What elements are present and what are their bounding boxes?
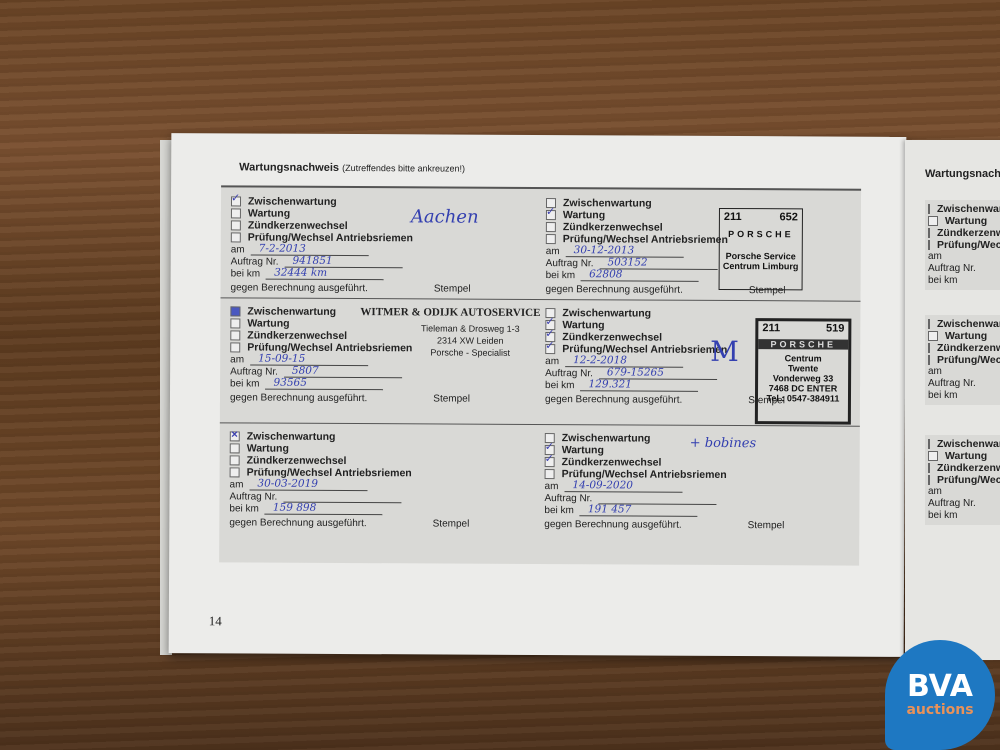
dealer-stamp-twente: 211519 PORSCHE Centrum Twente Vonderweg … (755, 318, 852, 425)
field-km: bei km62808 (546, 269, 856, 283)
checkbox-icon[interactable] (230, 318, 240, 328)
facing-page-title: Wartungsnachweis (925, 168, 1000, 180)
field-km: bei km191 457 (544, 504, 854, 518)
facing-page-entry: ZwischenwartungWartungZündkerzenwechselP… (925, 435, 1000, 525)
facing-page-entry: ZwischenwartungWartungZündkerzenwechselP… (925, 200, 1000, 290)
checkbox-icon[interactable] (928, 319, 930, 329)
dealer-stamp-limburg: 211652 PORSCHE Porsche Service Centrum L… (719, 208, 803, 290)
checkbox-icon[interactable] (230, 330, 240, 340)
field-am: am14-09-2020 (544, 480, 854, 494)
checkbox-icon[interactable] (230, 455, 240, 465)
checkbox-icon[interactable] (231, 208, 241, 218)
bva-auctions-logo: BVA auctions (885, 640, 995, 750)
field-km: bei km93565 (230, 377, 540, 391)
checkbox-icon[interactable] (545, 469, 555, 479)
facing-page-entry: ZwischenwartungWartungZündkerzenwechselP… (925, 315, 1000, 405)
checked-box-icon[interactable] (231, 196, 241, 206)
page-title: Wartungsnachweis (Zutreffendes bitte ank… (239, 161, 465, 174)
checkbox-icon[interactable] (928, 475, 930, 485)
field-am: am30-03-2019 (229, 478, 539, 492)
checked-box-icon[interactable] (545, 344, 555, 354)
checked-box-icon[interactable] (230, 306, 240, 316)
checkbox-icon[interactable] (231, 220, 241, 230)
checkbox-icon[interactable] (928, 228, 930, 238)
checkbox-icon[interactable] (928, 439, 930, 449)
field-km: bei km32444 km (231, 267, 541, 281)
checkbox-icon[interactable] (928, 216, 938, 226)
checkbox-icon[interactable] (928, 355, 930, 365)
workshop-stamp-address: Tieleman & Drosweg 1-3 2314 XW Leiden Po… (400, 322, 540, 359)
checkbox-icon[interactable] (928, 451, 938, 461)
field-am: am30-12-2013 (546, 245, 856, 259)
service-entry: ZwischenwartungWartungZündkerzenwechselP… (230, 195, 541, 315)
entry-footer: gegen Berechnung ausgeführt.Stempel (229, 517, 469, 529)
checkbox-icon[interactable] (231, 232, 241, 242)
field-am: am7-2-2013 (231, 243, 541, 257)
checked-box-icon[interactable] (546, 210, 556, 220)
checkbox-icon[interactable] (546, 234, 556, 244)
service-entry: ZwischenwartungWartungZündkerzenwechselP… (229, 430, 540, 550)
field-km: bei km159 898 (229, 502, 539, 516)
entry-footer: gegen Berechnung ausgeführt.Stempel (231, 282, 471, 294)
facing-page: Wartungsnachweis ZwischenwartungWartungZ… (905, 140, 1000, 660)
checkbox-icon[interactable] (928, 331, 938, 341)
handwritten-initial: M (710, 335, 739, 368)
page-number: 14 (209, 613, 222, 629)
handwritten-note: + bobines (690, 436, 756, 451)
workshop-stamp-name: WITMER & ODIJK AUTOSERVICE (360, 306, 540, 319)
checked-box-icon[interactable] (545, 457, 555, 467)
checkbox-icon[interactable] (230, 443, 240, 453)
checkbox-icon[interactable] (928, 343, 930, 353)
checkbox-icon[interactable] (230, 342, 240, 352)
entry-footer: gegen Berechnung ausgeführt.Stempel (545, 394, 785, 406)
service-record-grid: ZwischenwartungWartungZündkerzenwechselP… (219, 185, 861, 565)
checked-box-icon[interactable] (230, 431, 240, 441)
handwritten-note: Aachen (411, 206, 479, 227)
service-entry: ZwischenwartungWartungZündkerzenwechselP… (545, 197, 856, 317)
service-booklet-page: Wartungsnachweis (Zutreffendes bitte ank… (169, 133, 907, 657)
checkbox-icon[interactable] (928, 204, 930, 214)
entry-footer: gegen Berechnung ausgeführt.Stempel (230, 392, 470, 404)
checkbox-icon[interactable] (928, 240, 930, 250)
entry-footer: gegen Berechnung ausgeführt.Stempel (544, 519, 784, 531)
checkbox-icon[interactable] (546, 222, 556, 232)
checkbox-icon[interactable] (928, 463, 930, 473)
checkbox-icon[interactable] (230, 467, 240, 477)
